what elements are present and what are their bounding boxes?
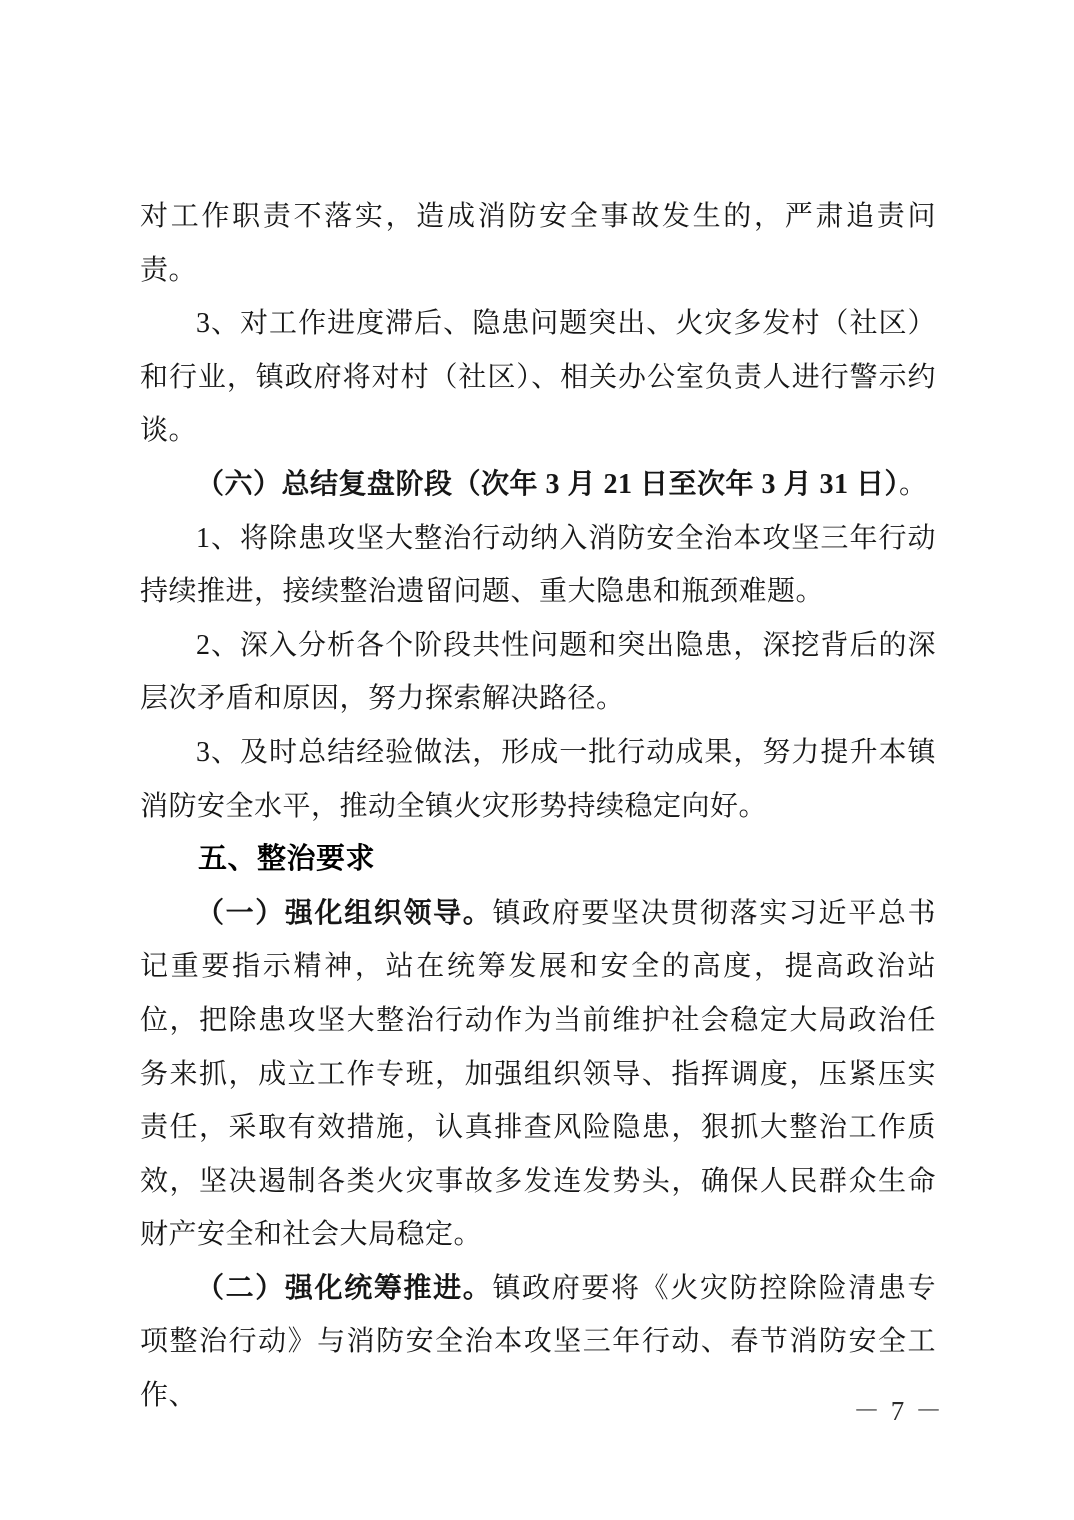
stage-six-heading-period: 。 bbox=[899, 469, 928, 500]
paragraph-stage-six-item-3: 3、及时总结经验做法，形成一批行动成果，努力提升本镇消防安全水平，推动全镇火灾形… bbox=[140, 726, 936, 833]
page-number: － 7 － bbox=[853, 1396, 944, 1426]
section-heading-five-requirements: 五、整治要求 bbox=[140, 833, 936, 887]
document-body: 对工作职责不落实，造成消防安全事故发生的，严肃追责问责。 3、对工作进度滞后、隐… bbox=[140, 190, 936, 1423]
stage-six-heading-bold: （六）总结复盘阶段（次年 3 月 21 日至次年 3 月 31 日） bbox=[196, 469, 899, 500]
paragraph-requirement-two: （二）强化统筹推进。镇政府要将《火灾防控除险清患专项整治行动》与消防安全治本攻坚… bbox=[140, 1262, 936, 1423]
requirement-one-body-text: 镇政府要坚决贯彻落实习近平总书记重要指示精神，站在统筹发展和安全的高度，提高政治… bbox=[140, 898, 936, 1251]
requirement-two-lead-bold: （二）强化统筹推进。 bbox=[196, 1273, 492, 1304]
paragraph-accountability-continuation: 对工作职责不落实，造成消防安全事故发生的，严肃追责问责。 bbox=[140, 190, 936, 297]
paragraph-stage-six-item-2: 2、深入分析各个阶段共性问题和突出隐患，深挖背后的深层次矛盾和原因，努力探索解决… bbox=[140, 619, 936, 726]
paragraph-stage-six-item-1: 1、将除患攻坚大整治行动纳入消防安全治本攻坚三年行动持续推进，接续整治遗留问题、… bbox=[140, 512, 936, 619]
paragraph-list-item-3-warning-talks: 3、对工作进度滞后、隐患问题突出、火灾多发村（社区）和行业，镇政府将对村（社区）… bbox=[140, 297, 936, 458]
requirement-one-lead-bold: （一）强化组织领导。 bbox=[196, 898, 492, 929]
paragraph-requirement-one: （一）强化组织领导。镇政府要坚决贯彻落实习近平总书记重要指示精神，站在统筹发展和… bbox=[140, 887, 936, 1262]
document-page: 对工作职责不落实，造成消防安全事故发生的，严肃追责问责。 3、对工作进度滞后、隐… bbox=[0, 0, 1074, 1520]
paragraph-stage-six: （六）总结复盘阶段（次年 3 月 21 日至次年 3 月 31 日）。 bbox=[140, 458, 936, 512]
